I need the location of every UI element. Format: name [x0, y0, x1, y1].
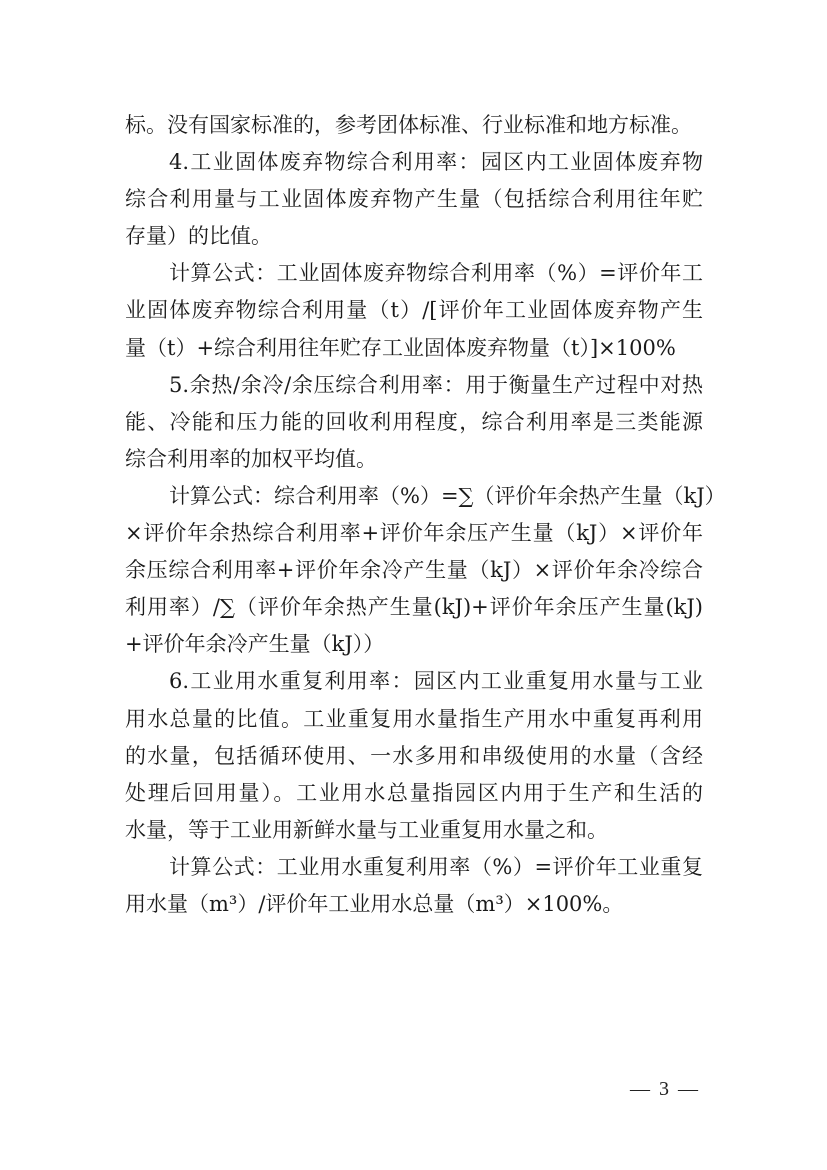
paragraph-continuation: 标。没有国家标准的，参考团体标准、行业标准和地方标准。: [125, 107, 703, 144]
text-line: 6.工业用水重复利用率：园区内工业重复用水量与工业: [125, 663, 703, 700]
paragraph-formula-solid-waste: 计算公式：工业固体废弃物综合利用率（%）=评价年工 业固体废弃物综合利用量（t）…: [125, 255, 703, 366]
paragraph-formula-waste-heat: 计算公式：综合利用率（%）=∑（评价年余热产生量（kJ） ×评价年余热综合利用率…: [125, 478, 703, 663]
paragraph-item-5-waste-heat: 5.余热/余冷/余压综合利用率：用于衡量生产过程中对热 能、冷能和压力能的回收利…: [125, 367, 703, 478]
text-line: 利用率）/∑（评价年余热产生量(kJ)+评价年余压产生量(kJ): [125, 589, 703, 626]
text-line: 水量，等于工业用新鲜水量与工业重复用水量之和。: [125, 812, 703, 849]
text-line: +评价年余冷产生量（kJ））: [125, 626, 703, 663]
text-line: 的水量，包括循环使用、一水多用和串级使用的水量（含经: [125, 738, 703, 775]
text-line: 标。没有国家标准的，参考团体标准、行业标准和地方标准。: [125, 107, 703, 144]
text-line: 计算公式：工业用水重复利用率（%）=评价年工业重复: [125, 849, 703, 886]
paragraph-formula-water-reuse: 计算公式：工业用水重复利用率（%）=评价年工业重复 用水量（m³）/评价年工业用…: [125, 849, 703, 923]
text-line: 5.余热/余冷/余压综合利用率：用于衡量生产过程中对热: [125, 367, 703, 404]
paragraph-item-4-solid-waste: 4.工业固体废弃物综合利用率：园区内工业固体废弃物 综合利用量与工业固体废弃物产…: [125, 144, 703, 255]
paragraph-item-6-water-reuse: 6.工业用水重复利用率：园区内工业重复用水量与工业 用水总量的比值。工业重复用水…: [125, 663, 703, 848]
text-line: 4.工业固体废弃物综合利用率：园区内工业固体废弃物: [125, 144, 703, 181]
text-line: 计算公式：工业固体废弃物综合利用率（%）=评价年工: [125, 255, 703, 292]
text-line: 用水量（m³）/评价年工业用水总量（m³）×100%。: [125, 886, 703, 923]
text-line: 综合利用率的加权平均值。: [125, 441, 703, 478]
text-line: 处理后回用量）。工业用水总量指园区内用于生产和生活的: [125, 775, 703, 812]
text-line: 能、冷能和压力能的回收利用程度，综合利用率是三类能源: [125, 404, 703, 441]
document-body: 标。没有国家标准的，参考团体标准、行业标准和地方标准。 4.工业固体废弃物综合利…: [125, 107, 703, 923]
page-number: — 3 —: [630, 1078, 700, 1101]
text-line: 用水总量的比值。工业重复用水量指生产用水中重复再利用: [125, 701, 703, 738]
text-line: ×评价年余热综合利用率+评价年余压产生量（kJ）×评价年: [125, 515, 703, 552]
text-line: 存量）的比值。: [125, 218, 703, 255]
text-line: 计算公式：综合利用率（%）=∑（评价年余热产生量（kJ）: [125, 478, 703, 515]
text-line: 业固体废弃物综合利用量（t）/[评价年工业固体废弃物产生: [125, 292, 703, 329]
text-line: 综合利用量与工业固体废弃物产生量（包括综合利用往年贮: [125, 181, 703, 218]
text-line: 余压综合利用率+评价年余冷产生量（kJ）×评价年余冷综合: [125, 552, 703, 589]
text-line: 量（t）+综合利用往年贮存工业固体废弃物量（t）]×100%: [125, 330, 703, 367]
